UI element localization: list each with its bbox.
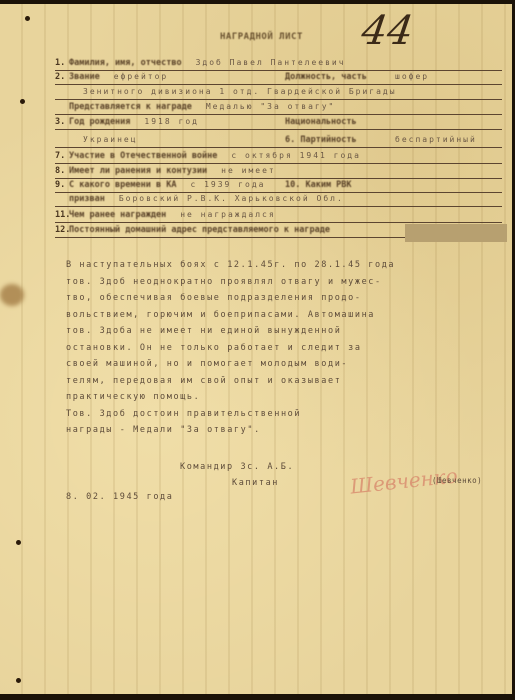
form-field-row: Зенитного дивизиона 1 отд. Гвардейской Б… (55, 87, 502, 101)
underline (55, 222, 502, 223)
archive-number: 44 (359, 8, 416, 54)
field-label: Чем ранее награжден (69, 210, 166, 220)
document-date: 8. 02. 1945 года (66, 492, 173, 502)
punch-hole (25, 16, 30, 21)
field-label-secondary: Национальность (285, 117, 357, 127)
signer-name: (Шевченко) (432, 476, 482, 485)
redacted-area (405, 224, 507, 242)
form-field-row: 11.Чем ранее награжденне награждался (55, 210, 502, 224)
narrative-line: своей машиной, но и помогает молодым вод… (66, 356, 506, 373)
narrative-line: вольствием, горючим и боеприпасами. Авто… (66, 307, 506, 324)
underline (55, 129, 502, 130)
form-field-row: 7.Участие в Отечественной войнес октября… (55, 151, 502, 165)
field-value: Зенитного дивизиона 1 отд. Гвардейской Б… (83, 87, 397, 96)
field-label: Постоянный домашний адрес представляемог… (69, 225, 330, 235)
award-sheet: НАГРАДНОЙ ЛИСТ 44 1.Фамилия, имя, отчест… (0, 4, 512, 694)
field-label: Год рождения (69, 117, 130, 127)
field-number: 1. (55, 58, 69, 68)
underline (55, 163, 502, 164)
field-label: Имеет ли ранения и контузии (69, 166, 207, 176)
field-value: 1918 год (144, 117, 199, 126)
field-label: Представляется к награде (69, 102, 192, 112)
form-field-row: Представляется к наградеМедалью "За отва… (55, 102, 502, 116)
narrative-line: В наступательных боях с 12.1.45г. по 28.… (66, 257, 506, 274)
punch-hole (20, 99, 25, 104)
commander-title: Командир Зс. А.Б. (180, 462, 294, 472)
paper-stain (0, 284, 24, 306)
underline (55, 84, 502, 85)
narrative-line: тво, обеспечивая боевые подразделения пр… (66, 290, 506, 307)
field-value: не награждался (180, 210, 275, 219)
field-value: Медалью "За отвагу" (206, 102, 336, 111)
field-label-secondary: Должность, часть (285, 72, 367, 82)
field-value: Украинец (83, 135, 138, 144)
form-field-row: Украинец6. Партийностьбеспартийный (55, 135, 502, 149)
underline (55, 99, 502, 100)
field-number: 11. (55, 210, 69, 220)
narrative-line: остановки. Он не только работает и следи… (66, 340, 506, 357)
field-label: Звание (69, 72, 100, 82)
field-value-secondary: беспартийный (395, 135, 477, 144)
narrative-line: Тов. Здоб достоин правительственной (66, 406, 506, 423)
underline (55, 114, 502, 115)
field-value: не имеет (221, 166, 276, 175)
field-label-secondary: 10. Каким РВК (285, 180, 352, 190)
narrative-line: практическую помощь. (66, 389, 506, 406)
underline (55, 206, 502, 207)
underline (55, 70, 502, 71)
field-number: 7. (55, 151, 69, 161)
form-field-row: 9.С какого времени в КАс 1939 года10. Ка… (55, 180, 502, 194)
underline (55, 178, 502, 179)
field-label: Фамилия, имя, отчество (69, 58, 182, 68)
underline (55, 192, 502, 193)
narrative-line: тов. Здоба не имеет ни единой вынужденно… (66, 323, 506, 340)
field-label: Участие в Отечественной войне (69, 151, 217, 161)
form-field-row: призванБоровский Р.В.К. Харьковской Обл. (55, 194, 502, 208)
narrative-line: награды - Медали "За отвагу". (66, 422, 506, 439)
document-title: НАГРАДНОЙ ЛИСТ (220, 32, 303, 42)
form-field-row: 8.Имеет ли ранения и контузиине имеет (55, 166, 502, 180)
field-value: ефрейтор (114, 72, 169, 81)
punch-hole (16, 540, 21, 545)
form-field-row: 1.Фамилия, имя, отчествоЗдоб Павел Панте… (55, 58, 502, 72)
field-value-secondary: шофер (395, 72, 429, 81)
field-number: 12. (55, 225, 69, 235)
field-value: Боровский Р.В.К. Харьковской Обл. (119, 194, 344, 203)
field-number: 9. (55, 180, 69, 190)
underline (55, 147, 502, 148)
field-value: с 1939 года (190, 180, 265, 189)
field-number: 8. (55, 166, 69, 176)
narrative-text: В наступательных боях с 12.1.45г. по 28.… (66, 257, 506, 439)
narrative-line: тов. Здоб неоднократно проявлял отвагу и… (66, 274, 506, 291)
field-value: с октября 1941 года (231, 151, 361, 160)
field-number: 2. (55, 72, 69, 82)
commander-rank: Капитан (232, 478, 279, 488)
field-value: Здоб Павел Пантелеевич (196, 58, 346, 67)
form-field-row: 3.Год рождения1918 годНациональность (55, 117, 502, 131)
field-number: 3. (55, 117, 69, 127)
field-label: призван (69, 194, 105, 204)
narrative-line: телям, передовая им свой опыт и оказывае… (66, 373, 506, 390)
form-field-row: 2.ЗваниеефрейторДолжность, частьшофер (55, 72, 502, 86)
field-label-secondary: 6. Партийность (285, 135, 357, 145)
punch-hole (16, 678, 21, 683)
field-label: С какого времени в КА (69, 180, 176, 190)
